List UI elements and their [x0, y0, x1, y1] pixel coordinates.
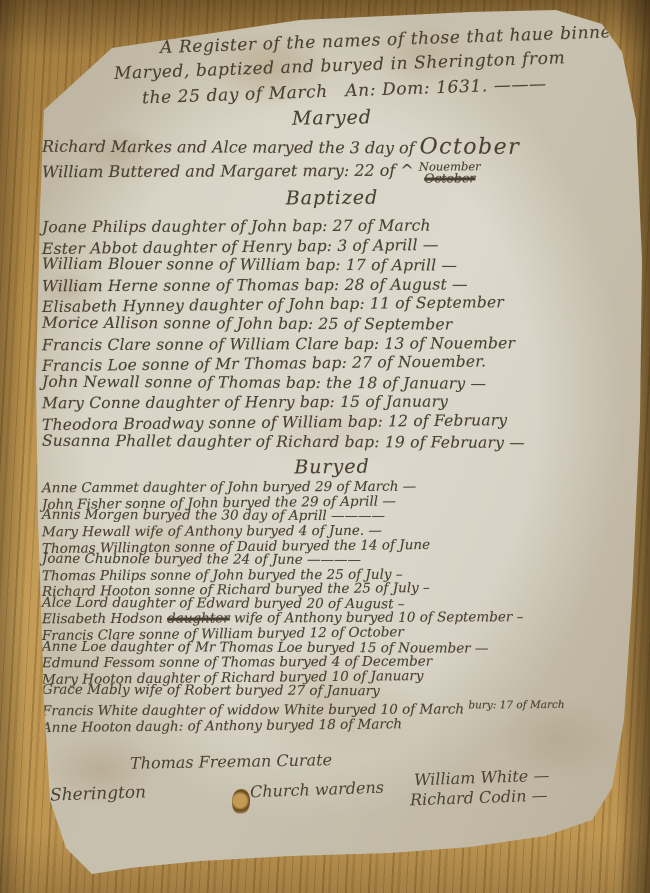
- entry-text: Morice Allison sonne of John bap: 25 of …: [42, 314, 452, 334]
- entry-text: Francis Clare sonne of William Clare bap…: [42, 334, 515, 354]
- parchment-page: A Register of the names of those that ha…: [0, 0, 650, 893]
- struck-out-word: daughter: [167, 611, 230, 627]
- register-entry: Morice Allison sonne of John bap: 25 of …: [42, 314, 622, 336]
- section-heading-baptized: Baptized: [42, 184, 622, 211]
- register-entry: William Blouer sonne of William bap: 17 …: [42, 255, 622, 277]
- entry-text: Elisabeth Hynney daughter of John bap: 1…: [42, 294, 504, 317]
- churchwarden-signature: Richard Codin —: [410, 786, 548, 810]
- baptized-entries-list: Joane Philips daughter of John bap: 27 o…: [42, 217, 622, 452]
- entry-text: William Herne sonne of Thomas bap: 28 of…: [42, 275, 468, 295]
- entry-text: Susanna Phallet daughter of Richard bap:…: [42, 431, 525, 451]
- register-entry: Susanna Phallet daughter of Richard bap:…: [42, 431, 622, 453]
- churchwardens-label: Church wardens: [250, 778, 385, 802]
- entry-text: Theodora Broadway sonne of William bap: …: [42, 411, 507, 434]
- struck-out-word: October: [419, 172, 481, 183]
- married-section: Richard Markes and Alce maryed the 3 day…: [42, 135, 622, 184]
- register-content: A Register of the names of those that ha…: [42, 28, 622, 840]
- entry-month-large: October: [420, 134, 521, 159]
- entry-text: Joane Philips daughter of John bap: 27 o…: [42, 217, 431, 237]
- signature-block: Thomas Freeman Curate Sherington Church …: [42, 740, 622, 840]
- entry-text: Grace Mably wife of Robert buryed 27 of …: [42, 682, 380, 699]
- entry-text: William Buttered and Margaret mary: 22 o…: [42, 161, 414, 182]
- entry-text: John Newall sonne of Thomas bap: the 18 …: [42, 372, 486, 392]
- entry-text: Richard Markes and Alce maryed the 3 day…: [42, 137, 415, 158]
- place-name: Sherington: [50, 783, 147, 806]
- entry-text: Joane Chubnole buryed the 24 of June ———…: [42, 551, 361, 568]
- entry-text: Anne Hooton daugh: of Anthony buryed 18 …: [42, 716, 402, 736]
- entry-text: Annis Morgen buryed the 30 day of Aprill…: [42, 507, 385, 524]
- curate-signature: Thomas Freeman Curate: [130, 750, 332, 773]
- entry-correction-note: bury: 17 of March: [468, 699, 564, 711]
- correction-stack: NouemberOctober: [419, 161, 481, 183]
- buried-entries-list: Anne Cammet daughter of John buryed 29 o…: [42, 480, 622, 732]
- register-entry: William Buttered and Margaret mary: 22 o…: [42, 158, 622, 186]
- section-heading-married: Maryed: [42, 102, 622, 134]
- entry-text: Mary Conne daughter of Henry bap: 15 of …: [42, 393, 448, 413]
- entry-text: Francis Loe sonne of Mr Thomas bap: 27 o…: [42, 353, 486, 376]
- section-heading-buried: Buryed: [42, 454, 622, 481]
- entry-text: Elisabeth Hodson: [42, 611, 163, 628]
- entry-text: William Blouer sonne of William bap: 17 …: [42, 255, 457, 275]
- register-entry: Richard Markes and Alce maryed the 3 day…: [42, 134, 622, 161]
